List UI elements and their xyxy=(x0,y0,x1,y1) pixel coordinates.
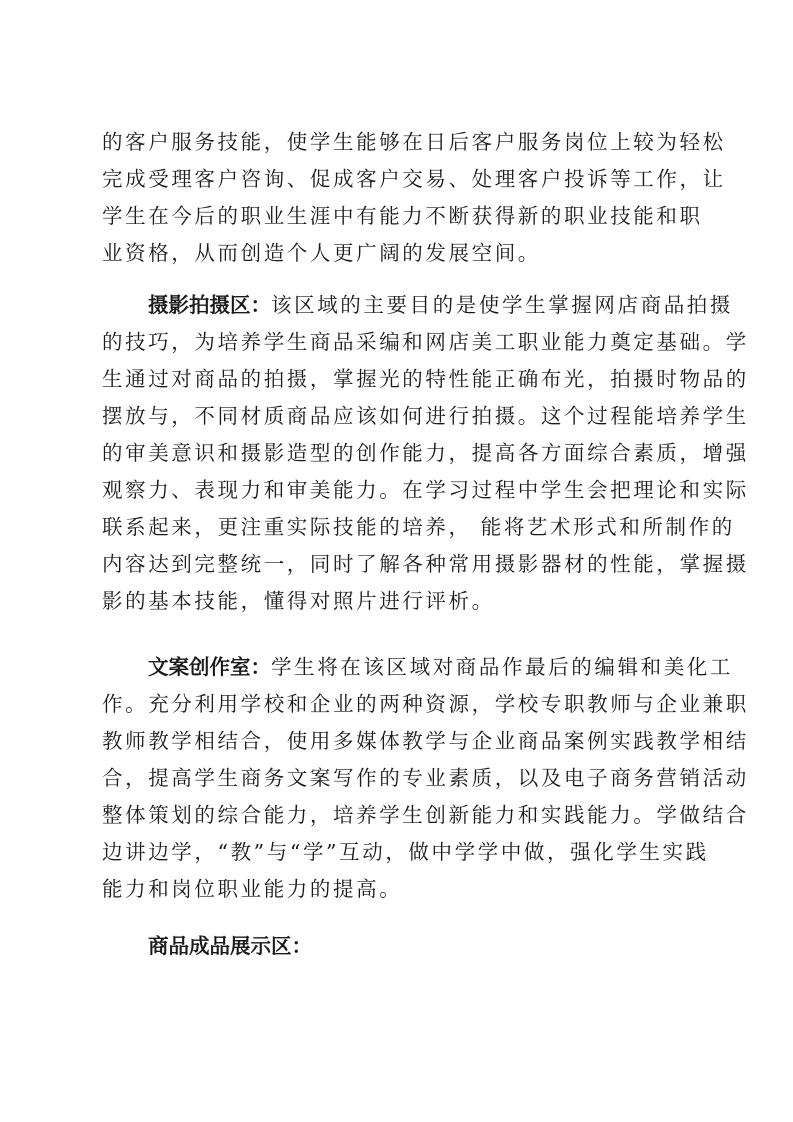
paragraph-line: 的技巧，为培养学生商品采编和网店美工职业能力奠定基础。学 xyxy=(102,327,692,357)
paragraph-line: 的客户服务技能，使学生能够在日后客户服务岗位上较为轻松 xyxy=(102,127,692,157)
paragraph-line: 完成受理客户咨询、促成客户交易、处理客户投诉等工作，让 xyxy=(102,164,692,194)
paragraph-line: 业资格，从而创造个人更广阔的发展空间。 xyxy=(102,238,692,268)
paragraph-line: 整体策划的综合能力，培养学生创新能力和实践能力。学做结合 xyxy=(102,800,692,830)
paragraph-line: 生通过对商品的拍摄，掌握光的特性能正确布光，拍摄时物品的 xyxy=(102,364,692,394)
paragraph-line: 的审美意识和摄影造型的创作能力，提高各方面综合素质，增强 xyxy=(102,438,692,468)
paragraph-first-line: 摄影拍摄区：该区域的主要目的是使学生掌握网店商品拍摄 xyxy=(148,290,738,320)
paragraph-line: 合，提高学生商务文案写作的专业素质，以及电子商务营销活动 xyxy=(102,763,692,793)
paragraph-text: 该区域的主要目的是使学生掌握网店商品拍摄 xyxy=(271,293,733,317)
paragraph-line: 学生在今后的职业生涯中有能力不断获得新的职业技能和职 xyxy=(102,201,692,231)
section-heading-photography: 摄影拍摄区： xyxy=(148,293,271,317)
paragraph-line: 影的基本技能，懂得对照片进行评析。 xyxy=(102,586,692,616)
paragraph-line: 边讲边学，“教”与“学”互动，做中学学中做，强化学生实践 xyxy=(102,837,692,867)
paragraph-line: 观察力、表现力和审美能力。在学习过程中学生会把理论和实际 xyxy=(102,475,692,505)
paragraph-line: 内容达到完整统一，同时了解各种常用摄影器材的性能，掌握摄 xyxy=(102,549,692,579)
paragraph-line: 教师教学相结合，使用多媒体教学与企业商品案例实践教学相结 xyxy=(102,726,692,756)
paragraph-line: 联系起来，更注重实际技能的培养， 能将艺术形式和所制作的 xyxy=(102,512,692,542)
paragraph-line: 能力和岗位职业能力的提高。 xyxy=(102,874,692,904)
section-heading-showcase: 商品成品展示区： xyxy=(148,934,312,958)
paragraph-text: 学生将在该区域对商品作最后的编辑和美化工 xyxy=(271,655,733,679)
paragraph-first-line: 商品成品展示区： xyxy=(148,931,738,961)
paragraph-line: 摆放与，不同材质商品应该如何进行拍摄。这个过程能培养学生 xyxy=(102,401,692,431)
document-page: 的客户服务技能，使学生能够在日后客户服务岗位上较为轻松 完成受理客户咨询、促成客… xyxy=(0,0,793,1122)
paragraph-first-line: 文案创作室：学生将在该区域对商品作最后的编辑和美化工 xyxy=(148,652,738,682)
paragraph-line: 作。充分利用学校和企业的两种资源，学校专职教师与企业兼职 xyxy=(102,689,692,719)
section-heading-copywriting: 文案创作室： xyxy=(148,655,271,679)
